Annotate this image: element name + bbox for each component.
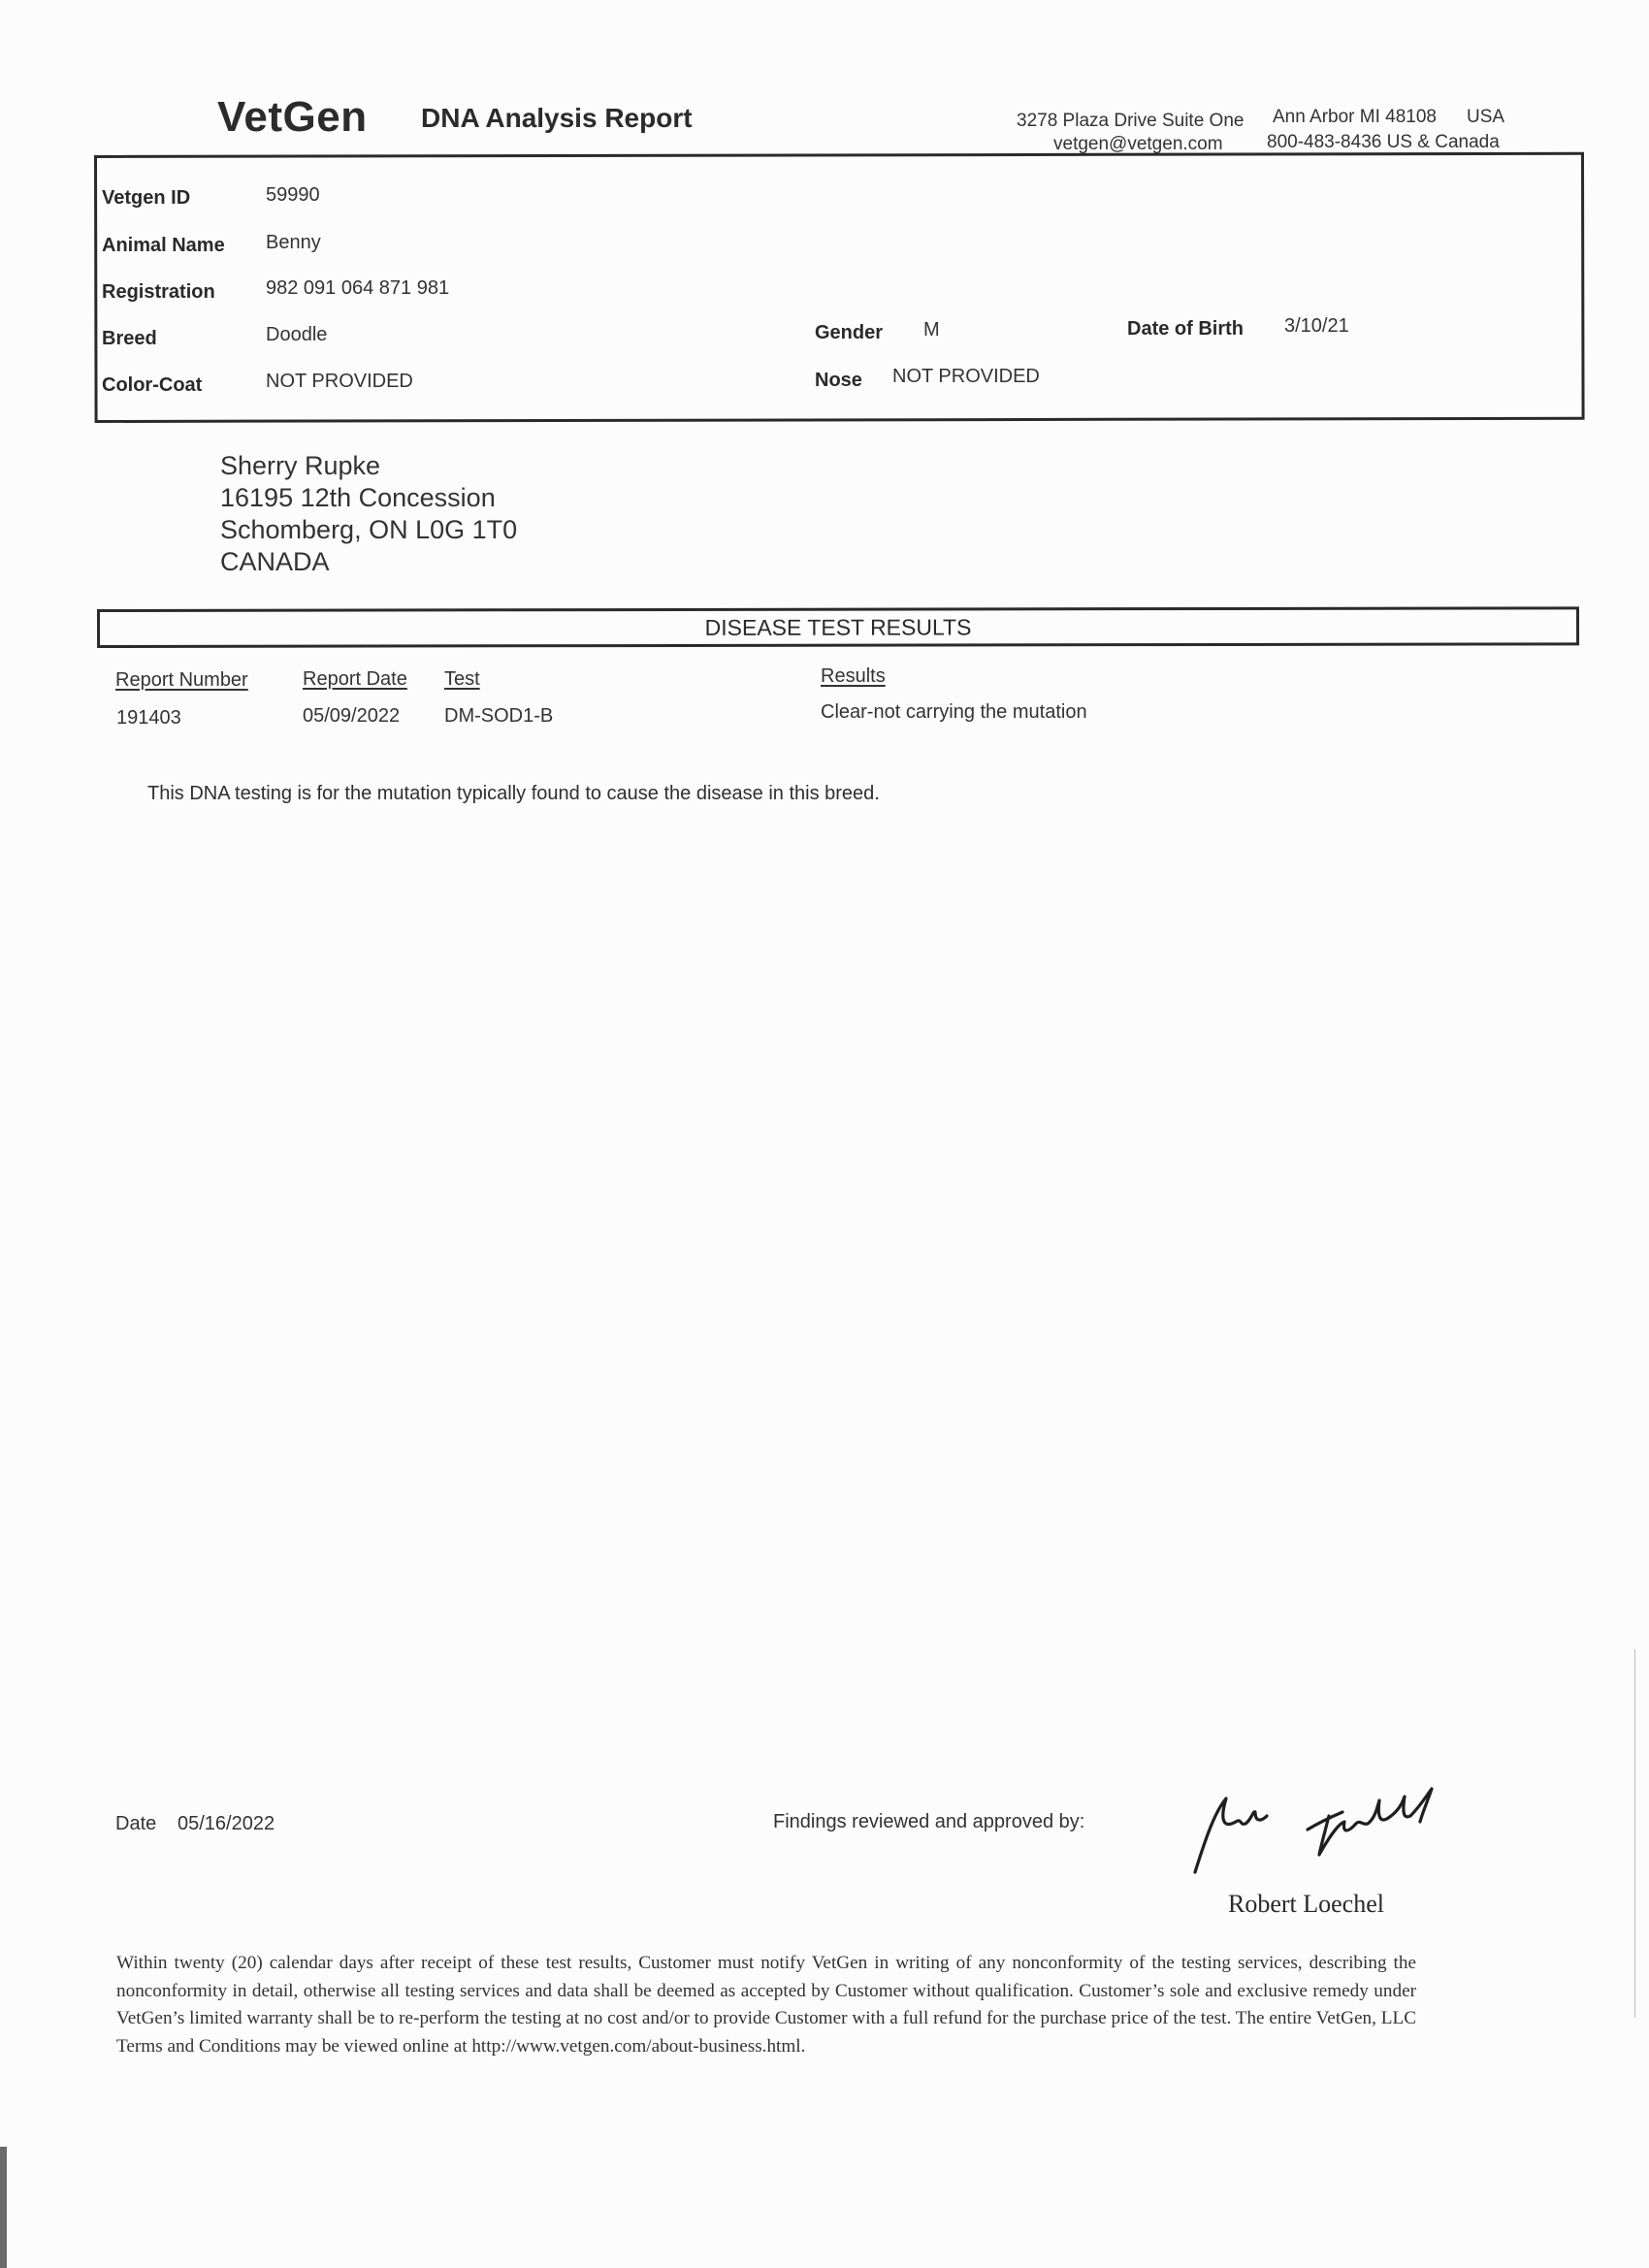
result-test-name: DM-SOD1-B (444, 705, 553, 728)
disclaimer-text: Within twenty (20) calendar days after r… (116, 1950, 1416, 2060)
results-banner-title: DISEASE TEST RESULTS (100, 613, 1576, 642)
lab-city: Ann Arbor MI 48108 (1273, 107, 1437, 128)
color-coat-label: Color-Coat (102, 374, 202, 397)
gender-label: Gender (815, 322, 883, 344)
result-report-date: 05/09/2022 (303, 705, 400, 728)
animal-name-label: Animal Name (102, 235, 225, 257)
signer-name: Robert Loechel (1228, 1890, 1384, 1919)
scan-edge-right (1634, 1649, 1635, 2018)
column-header-test: Test (444, 668, 480, 691)
breed-label: Breed (102, 328, 157, 350)
report-title: DNA Analysis Report (421, 103, 693, 134)
date-of-birth-value: 3/10/21 (1284, 315, 1349, 338)
disease-test-results-banner: DISEASE TEST RESULTS (97, 606, 1579, 648)
gender-value: M (923, 319, 940, 341)
registration-value: 982 091 064 871 981 (266, 277, 449, 300)
color-coat-value: NOT PROVIDED (266, 371, 413, 393)
column-header-report-number: Report Number (115, 669, 248, 692)
result-report-number: 191403 (116, 707, 181, 729)
column-header-report-date: Report Date (303, 668, 407, 691)
footer-date-value: 05/16/2022 (178, 1813, 275, 1835)
result-outcome: Clear-not carrying the mutation (821, 701, 1087, 724)
nose-value: NOT PROVIDED (892, 366, 1040, 388)
column-header-results: Results (821, 665, 886, 688)
scan-edge-left (0, 2147, 7, 2268)
testing-note: This DNA testing is for the mutation typ… (147, 783, 880, 805)
footer-date-label: Date (115, 1813, 156, 1835)
owner-address: Sherry Rupke 16195 12th Concession Schom… (220, 450, 517, 578)
nose-label: Nose (815, 370, 862, 392)
date-of-birth-label: Date of Birth (1127, 318, 1244, 340)
vetgen-logo: VetGen (217, 93, 368, 142)
breed-value: Doodle (266, 324, 327, 346)
registration-label: Registration (102, 281, 215, 304)
vetgen-id-label: Vetgen ID (102, 187, 190, 210)
animal-name-value: Benny (266, 232, 321, 254)
signature-icon (1183, 1783, 1465, 1880)
vetgen-id-value: 59990 (266, 184, 320, 207)
lab-country: USA (1467, 107, 1504, 128)
approved-by-label: Findings reviewed and approved by: (773, 1811, 1084, 1833)
lab-street-address: 3278 Plaza Drive Suite One (1017, 111, 1244, 132)
lab-phone: 800-483-8436 US & Canada (1267, 132, 1500, 153)
